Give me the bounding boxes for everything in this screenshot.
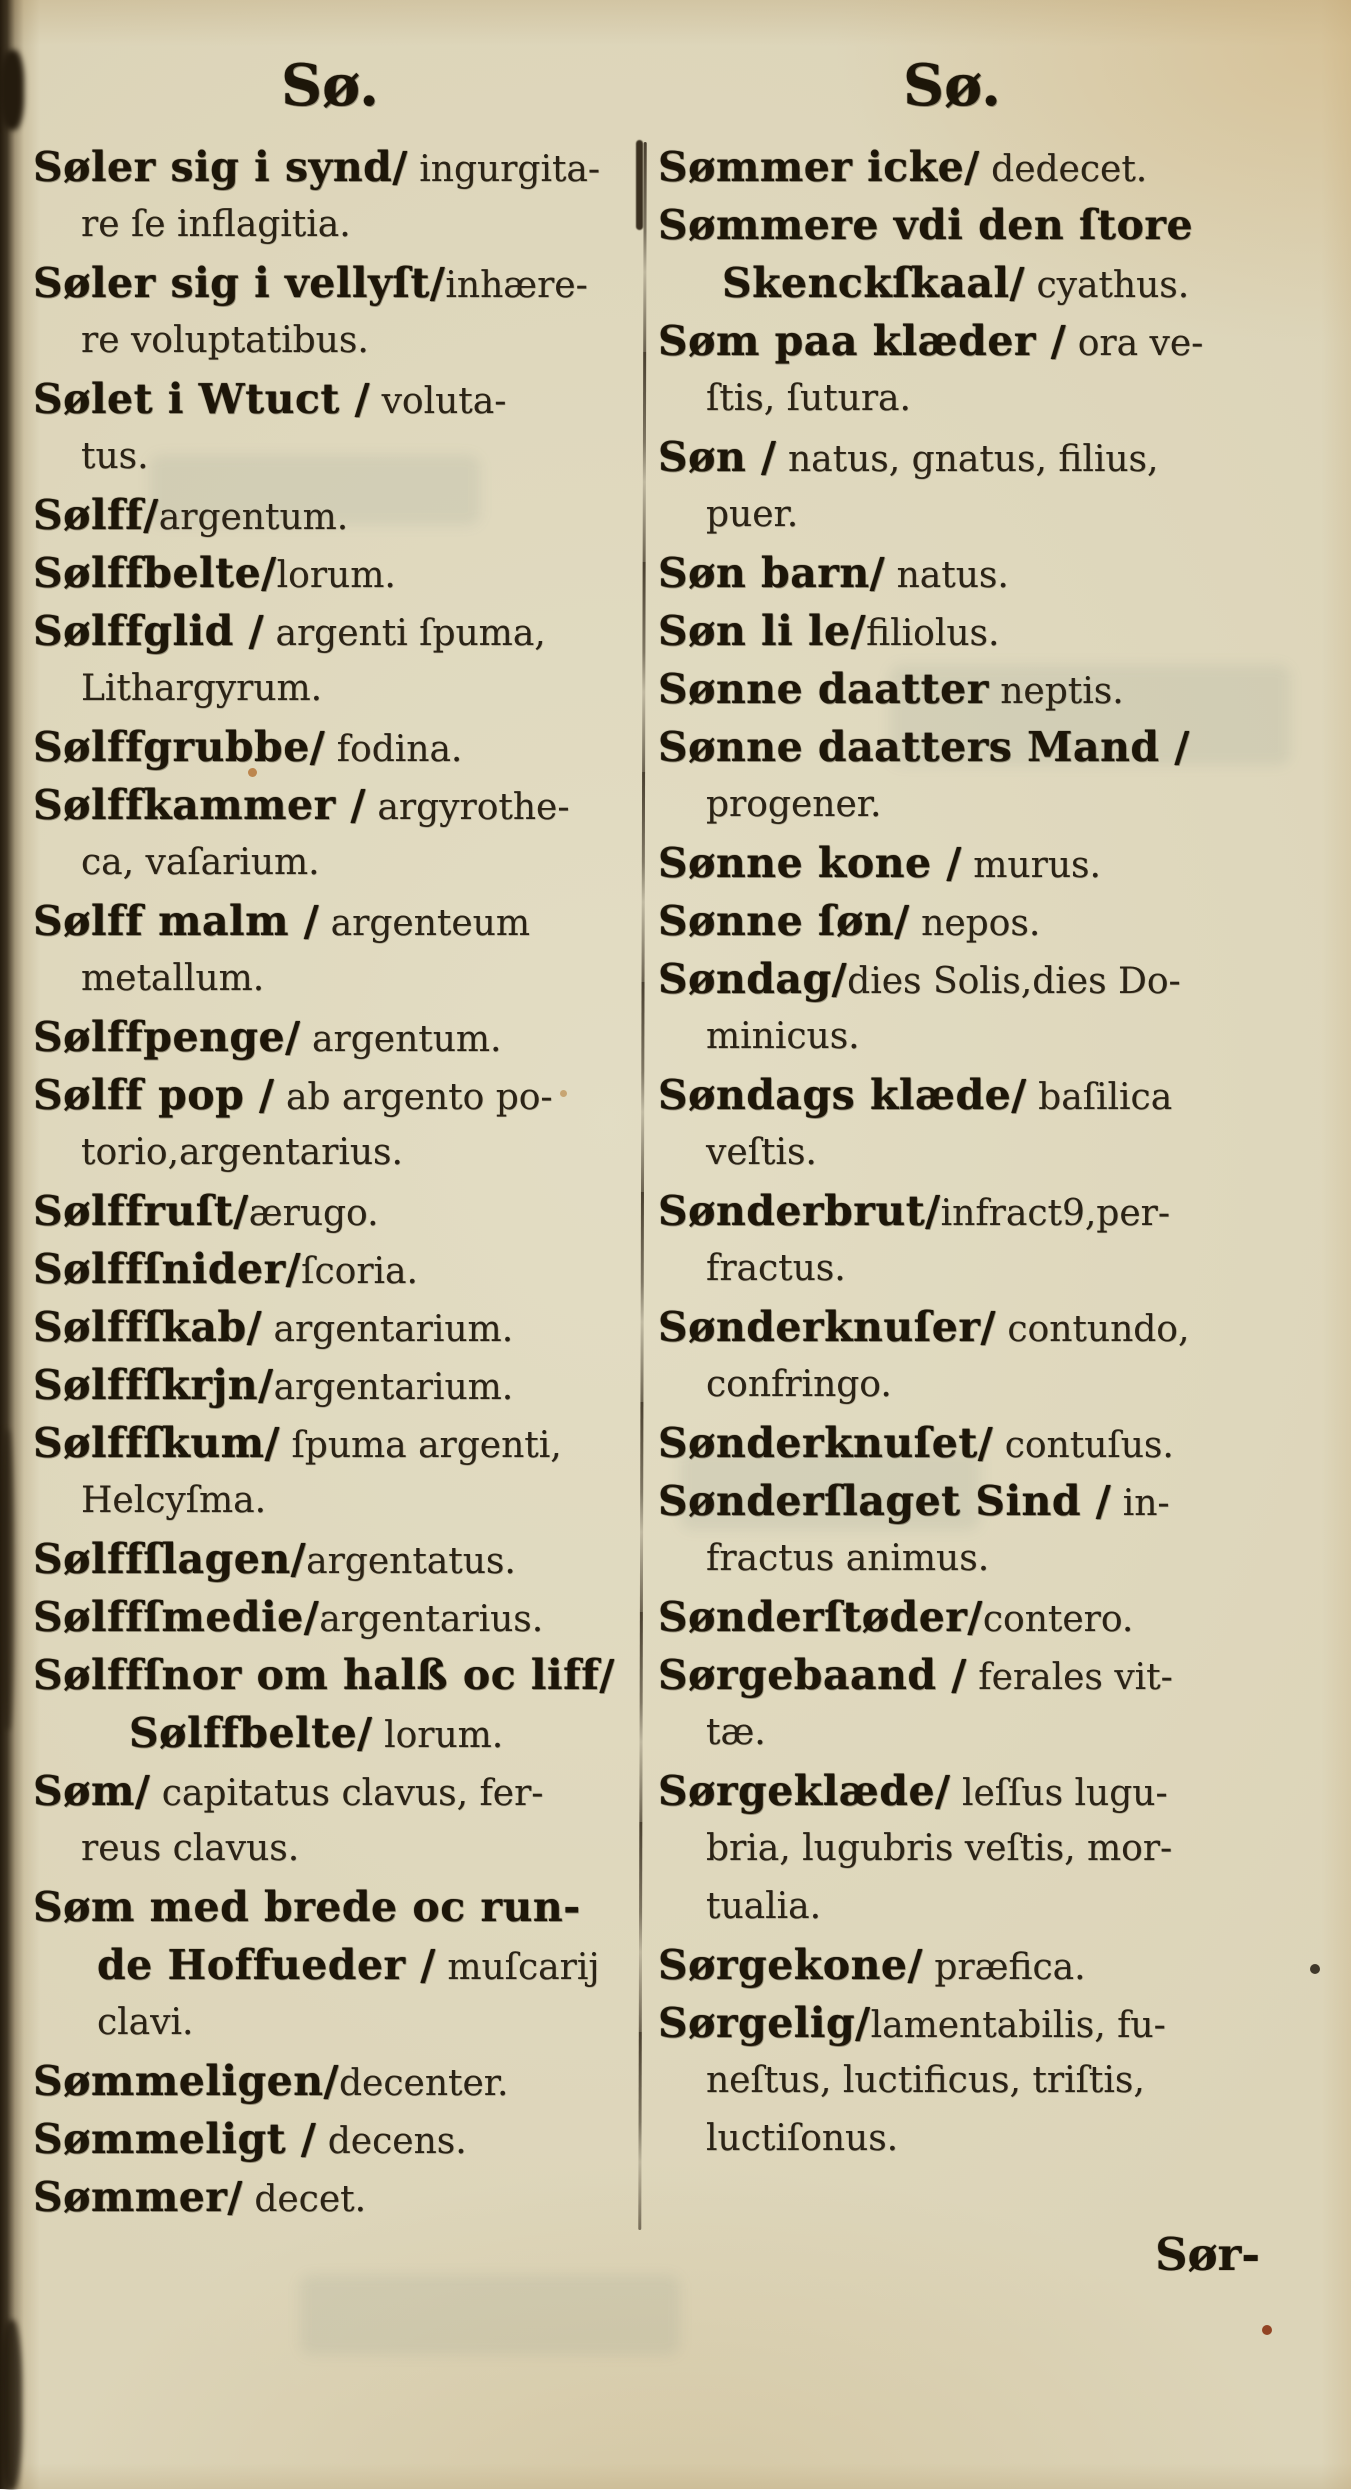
latin-gloss-text: re voluptatibus.: [81, 320, 369, 361]
headword-text: Sølffruſt/: [33, 1187, 249, 1235]
entry-line: Søler sig i synd/ ingurgita-: [33, 138, 647, 196]
entry-line: Sølff pop / ab argento po-: [33, 1066, 647, 1124]
latin-gloss-text: contundo,: [996, 1309, 1189, 1350]
page-edge-mark: [0, 2320, 22, 2489]
latin-gloss-text: argentum.: [159, 497, 348, 538]
entry-line: de Hoffueder / muſcarij: [33, 1936, 647, 1994]
latin-gloss-text: fodina.: [325, 729, 462, 770]
entry-line: Sønderſtøder/contero.: [658, 1588, 1351, 1646]
headword-text: Sønne ſøn/: [658, 897, 910, 945]
headword-text: Sørgelig/: [658, 1999, 871, 2047]
entry-line: fractus animus.: [658, 1530, 1351, 1588]
headword-text: Sønderknuſer/: [658, 1303, 996, 1351]
headword-text: Sølffgrubbe/: [33, 723, 325, 771]
latin-gloss-text: argentarium.: [262, 1309, 513, 1350]
headword-text: Sølffſmedie/: [33, 1593, 319, 1641]
latin-gloss-text: metallum.: [81, 958, 264, 999]
entry-line: ca, vaſarium.: [33, 834, 647, 892]
latin-gloss-text: filiolus.: [866, 613, 999, 654]
entry-line: Sølet i Wtuct / voluta-: [33, 370, 647, 428]
latin-gloss-text: contero.: [983, 1599, 1134, 1640]
headword-text: Sømmeligen/: [33, 2057, 339, 2105]
page-edge-mark: [0, 50, 24, 130]
headword-text: Sørgekone/: [658, 1941, 923, 1989]
entry-line: Sølffruſt/ærugo.: [33, 1182, 647, 1240]
entry-line: neſtus, luctificus, triſtis,: [658, 2052, 1351, 2110]
headword-text: Sølffſkrjn/: [33, 1361, 274, 1409]
headword-text: Sønne daatter: [658, 665, 989, 713]
entry-line: clavi.: [33, 1994, 647, 2052]
latin-gloss-text: argenti ſpuma,: [264, 613, 546, 654]
headword-text: Sølff malm /: [33, 897, 319, 945]
entry-line: Sønderbrut/infract9,per-: [658, 1182, 1351, 1240]
entry-line: Sømmer/ decet.: [33, 2168, 647, 2226]
latin-gloss-text: clavi.: [97, 2002, 193, 2043]
headword-text: Sølffbelte/: [33, 549, 277, 597]
headword-text: Sølffſnider/: [33, 1245, 301, 1293]
entry-line: tus.: [33, 428, 647, 486]
entry-line: Sølffſkum/ ſpuma argenti,: [33, 1414, 647, 1472]
latin-gloss-text: inhære-: [445, 265, 587, 306]
latin-gloss-text: veſtis.: [706, 1132, 817, 1173]
latin-gloss-text: Helcyſma.: [81, 1480, 266, 1521]
entry-line: luctiſonus.: [658, 2110, 1351, 2168]
entry-line: progener.: [658, 776, 1351, 834]
entry-line: Helcyſma.: [33, 1472, 647, 1530]
verso-show-through: [300, 2275, 680, 2355]
headword-text: Sømmere vdi den ſtore: [658, 201, 1193, 249]
latin-gloss-text: ora ve-: [1066, 323, 1203, 364]
latin-gloss-text: baſilica: [1027, 1077, 1172, 1118]
latin-gloss-text: murus.: [962, 845, 1101, 886]
entry-line: Sønne daatter neptis.: [658, 660, 1351, 718]
latin-gloss-text: in-: [1111, 1483, 1169, 1524]
headword-text: Sølffſkum/: [33, 1419, 280, 1467]
headword-text: Sønderſlaget Sind /: [658, 1477, 1111, 1525]
entry-line: Sølffſnider/ſcoria.: [33, 1240, 647, 1298]
entry-line: fractus.: [658, 1240, 1351, 1298]
latin-gloss-text: fractus animus.: [706, 1538, 989, 1579]
headword-text: Søm paa klæder /: [658, 317, 1066, 365]
entry-line: Sønderknuſer/ contundo,: [658, 1298, 1351, 1356]
latin-gloss-text: dedecet.: [980, 149, 1148, 190]
entry-line: Sønne daatters Mand /: [658, 718, 1351, 776]
entry-line: Sølffſmedie/argentarius.: [33, 1588, 647, 1646]
latin-gloss-text: lamentabilis, fu-: [871, 2005, 1166, 2046]
latin-gloss-text: fractus.: [706, 1248, 846, 1289]
entry-line: Lithargyrum.: [33, 660, 647, 718]
headword-text: Søndags klæde/: [658, 1071, 1027, 1119]
latin-gloss-text: lorum.: [373, 1715, 504, 1756]
latin-gloss-text: tæ.: [706, 1712, 766, 1753]
latin-gloss-text: ca, vaſarium.: [81, 842, 320, 883]
entry-line: puer.: [658, 486, 1351, 544]
latin-gloss-text: muſcarij: [436, 1947, 600, 1988]
entry-line: Sølffbelte/lorum.: [33, 544, 647, 602]
entry-line: Sølff malm / argenteum: [33, 892, 647, 950]
entry-line: Sømmeligt / decens.: [33, 2110, 647, 2168]
entry-line: Søm paa klæder / ora ve-: [658, 312, 1351, 370]
entry-line: Sølffbelte/ lorum.: [33, 1704, 647, 1762]
latin-gloss-text: nepos.: [910, 903, 1041, 944]
latin-gloss-text: reus clavus.: [81, 1828, 299, 1869]
entry-line: Søn li le/filiolus.: [658, 602, 1351, 660]
latin-gloss-text: voluta-: [370, 381, 506, 422]
entry-line: confringo.: [658, 1356, 1351, 1414]
latin-gloss-text: ſtis, ſutura.: [706, 378, 911, 419]
latin-gloss-text: natus, gnatus, filius,: [777, 439, 1159, 480]
entry-line: Sølffſkrjn/argentarium.: [33, 1356, 647, 1414]
entry-line: tualia.: [658, 1878, 1351, 1936]
entry-line: Sømmer icke/ dedecet.: [658, 138, 1351, 196]
latin-gloss-text: decet.: [243, 2179, 366, 2220]
latin-gloss-text: ærugo.: [249, 1193, 379, 1234]
entry-line: Sølff/argentum.: [33, 486, 647, 544]
entry-line: Sølffſnor om halß oc liff/: [33, 1646, 647, 1704]
latin-gloss-text: argyrothe-: [366, 787, 570, 828]
headword-text: Sømmer/: [33, 2173, 243, 2221]
headword-text: Sølffſnor om halß oc liff/: [33, 1651, 615, 1699]
latin-gloss-text: progener.: [706, 784, 881, 825]
headword-text: Sønne kone /: [658, 839, 962, 887]
latin-gloss-text: minicus.: [706, 1016, 860, 1057]
entry-line: Sørgeklæde/ leſſus lugu-: [658, 1762, 1351, 1820]
latin-gloss-text: decens.: [316, 2121, 466, 2162]
latin-gloss-text: torio,argentarius.: [81, 1132, 403, 1173]
latin-gloss-text: leſſus lugu-: [951, 1773, 1168, 1814]
latin-gloss-text: argentum.: [301, 1019, 502, 1060]
headword-text: Søn barn/: [658, 549, 885, 597]
entry-line: tæ.: [658, 1704, 1351, 1762]
latin-gloss-text: tualia.: [706, 1886, 821, 1927]
headword-text: Sønderbrut/: [658, 1187, 941, 1235]
latin-gloss-text: præfica.: [923, 1947, 1086, 1988]
headword-text: Sølff pop /: [33, 1071, 275, 1119]
entry-line: Sømmeligen/decenter.: [33, 2052, 647, 2110]
headword-text: Sølffſlagen/: [33, 1535, 306, 1583]
scanned-dictionary-page: Sø. Sø. Søler sig i synd/ ingurgita-re ſ…: [0, 0, 1351, 2489]
latin-gloss-text: ab argento po-: [275, 1077, 553, 1118]
latin-gloss-text: ſcoria.: [301, 1251, 418, 1292]
entry-line: metallum.: [33, 950, 647, 1008]
latin-gloss-text: capitatus clavus, fer-: [150, 1773, 543, 1814]
latin-gloss-text: re ſe inflagitia.: [81, 204, 351, 245]
entry-line: Sørgekone/ præfica.: [658, 1936, 1351, 1994]
entry-line: Sønne kone / murus.: [658, 834, 1351, 892]
headword-text: Søler sig i vellyſt/: [33, 259, 445, 307]
entry-line: Søndag/dies Solis,dies Do-: [658, 950, 1351, 1008]
running-header-right: Sø.: [872, 52, 1032, 119]
latin-gloss-text: argentarium.: [274, 1367, 514, 1408]
headword-text: Sølffbelte/: [129, 1709, 373, 1757]
left-column: Søler sig i synd/ ingurgita-re ſe inflag…: [33, 138, 647, 2226]
entry-line: re voluptatibus.: [33, 312, 647, 370]
latin-gloss-text: infract9,per-: [941, 1193, 1170, 1234]
entry-line: Søler sig i vellyſt/inhære-: [33, 254, 647, 312]
headword-text: de Hoffueder /: [97, 1941, 436, 1989]
right-column: Sømmer icke/ dedecet.Sømmere vdi den ſto…: [658, 138, 1351, 2168]
paper-stain: [1262, 2325, 1272, 2335]
latin-gloss-text: tus.: [81, 436, 149, 477]
latin-gloss-text: argentatus.: [306, 1541, 516, 1582]
headword-text: Sønne daatters Mand /: [658, 723, 1190, 771]
entry-line: Søn barn/ natus.: [658, 544, 1351, 602]
entry-line: minicus.: [658, 1008, 1351, 1066]
entry-line: Sølffglid / argenti ſpuma,: [33, 602, 647, 660]
entry-line: reus clavus.: [33, 1820, 647, 1878]
running-header-left: Sø.: [250, 52, 410, 119]
entry-line: Søm med brede oc run-: [33, 1878, 647, 1936]
entry-line: ſtis, ſutura.: [658, 370, 1351, 428]
entry-line: veſtis.: [658, 1124, 1351, 1182]
headword-text: Sørgeklæde/: [658, 1767, 951, 1815]
latin-gloss-text: lorum.: [277, 555, 396, 596]
latin-gloss-text: neſtus, luctificus, triſtis,: [706, 2060, 1145, 2101]
entry-line: Sørgebaand / ferales vit-: [658, 1646, 1351, 1704]
headword-text: Søler sig i synd/: [33, 143, 408, 191]
entry-line: torio,argentarius.: [33, 1124, 647, 1182]
headword-text: Søn li le/: [658, 607, 866, 655]
headword-text: Sølffglid /: [33, 607, 264, 655]
entry-line: re ſe inflagitia.: [33, 196, 647, 254]
headword-text: Søm med brede oc run-: [33, 1883, 581, 1931]
headword-text: Sømmeligt /: [33, 2115, 316, 2163]
headword-text: Sønderknuſet/: [658, 1419, 993, 1467]
latin-gloss-text: Lithargyrum.: [81, 668, 322, 709]
headword-text: Sørgebaand /: [658, 1651, 967, 1699]
latin-gloss-text: bria, lugubris veſtis, mor-: [706, 1828, 1172, 1869]
headword-text: Søm/: [33, 1767, 150, 1815]
entry-line: Sølffpenge/ argentum.: [33, 1008, 647, 1066]
entry-line: Sølffſlagen/argentatus.: [33, 1530, 647, 1588]
entry-line: Skenckſkaal/ cyathus.: [658, 254, 1351, 312]
headword-text: Søndag/: [658, 955, 847, 1003]
entry-line: Sønne ſøn/ nepos.: [658, 892, 1351, 950]
entry-line: Sølffſkab/ argentarium.: [33, 1298, 647, 1356]
latin-gloss-text: confringo.: [706, 1364, 892, 1405]
headword-text: Sølffkammer /: [33, 781, 366, 829]
latin-gloss-text: ſpuma argenti,: [280, 1425, 562, 1466]
entry-line: Søndags klæde/ baſilica: [658, 1066, 1351, 1124]
entry-line: Sømmere vdi den ſtore: [658, 196, 1351, 254]
headword-text: Sønderſtøder/: [658, 1593, 983, 1641]
latin-gloss-text: neptis.: [989, 671, 1124, 712]
latin-gloss-text: dies Solis,dies Do-: [847, 961, 1181, 1002]
entry-line: bria, lugubris veſtis, mor-: [658, 1820, 1351, 1878]
headword-text: Sølffpenge/: [33, 1013, 301, 1061]
page-edge-mark: [0, 1430, 14, 1730]
latin-gloss-text: ingurgita-: [408, 149, 600, 190]
headword-text: Sølet i Wtuct /: [33, 375, 370, 423]
latin-gloss-text: cyathus.: [1025, 265, 1189, 306]
latin-gloss-text: luctiſonus.: [706, 2118, 898, 2159]
entry-line: Søm/ capitatus clavus, fer-: [33, 1762, 647, 1820]
headword-text: Søn /: [658, 433, 777, 481]
latin-gloss-text: contuſus.: [993, 1425, 1174, 1466]
latin-gloss-text: ferales vit-: [967, 1657, 1173, 1698]
entry-line: Sølffgrubbe/ fodina.: [33, 718, 647, 776]
catchword: Sør-: [1080, 2228, 1260, 2281]
headword-text: Skenckſkaal/: [722, 259, 1025, 307]
latin-gloss-text: natus.: [885, 555, 1009, 596]
headword-text: Sølff/: [33, 491, 159, 539]
latin-gloss-text: argentarius.: [319, 1599, 543, 1640]
entry-line: Sørgelig/lamentabilis, fu-: [658, 1994, 1351, 2052]
entry-line: Sønderknuſet/ contuſus.: [658, 1414, 1351, 1472]
ink-dot: [1310, 1964, 1320, 1974]
headword-text: Sømmer icke/: [658, 143, 980, 191]
latin-gloss-text: decenter.: [339, 2063, 508, 2104]
entry-line: Søn / natus, gnatus, filius,: [658, 428, 1351, 486]
entry-line: Sølffkammer / argyrothe-: [33, 776, 647, 834]
latin-gloss-text: argenteum: [319, 903, 530, 944]
entry-line: Sønderſlaget Sind / in-: [658, 1472, 1351, 1530]
headword-text: Sølffſkab/: [33, 1303, 262, 1351]
latin-gloss-text: puer.: [706, 494, 798, 535]
